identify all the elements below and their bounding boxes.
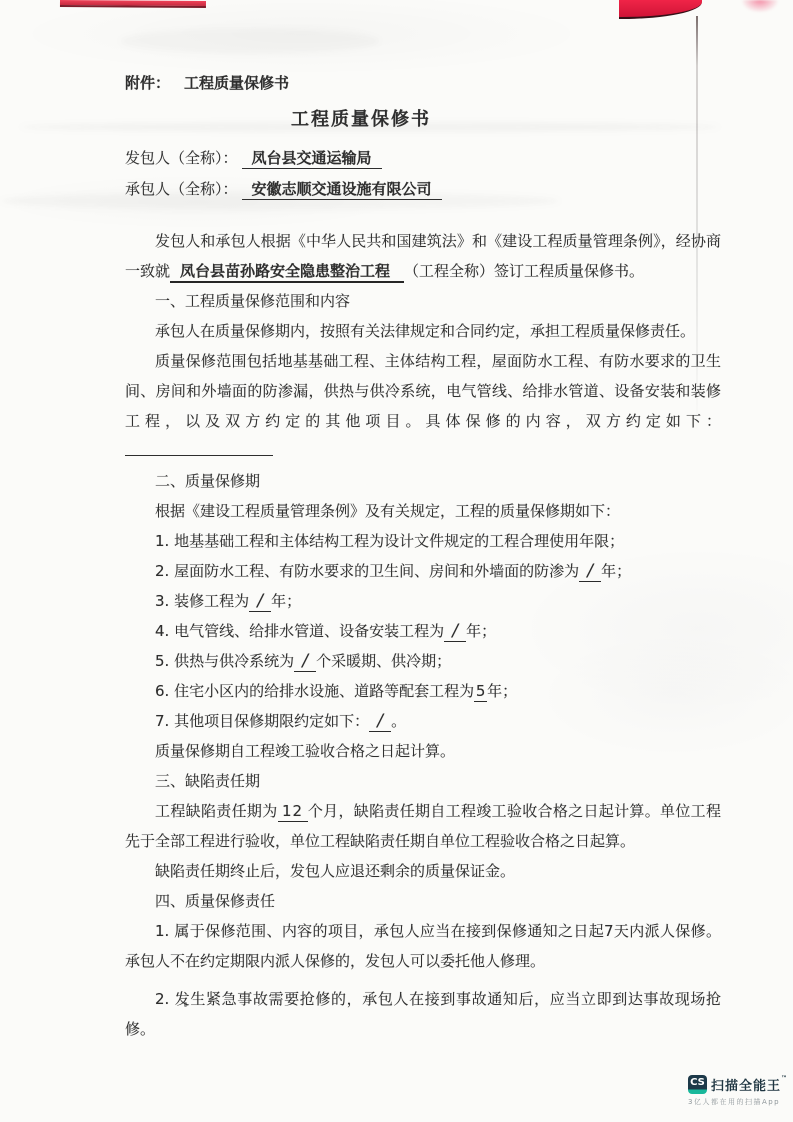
item-5-text: 5. 供热与供冷系统为 (155, 652, 294, 670)
section1-heading: 一、工程质量保修范围和内容 (125, 286, 721, 316)
blank-underline (125, 454, 273, 456)
item-4-suffix: 年； (466, 622, 496, 640)
party-a-value: 凤台县交通运输局 (242, 149, 382, 169)
item-3-suffix: 年； (271, 592, 301, 610)
warranty-item-4: 4. 电气管线、给排水管道、设备安装工程为/年； (125, 616, 721, 646)
party-a-label: 发包人（全称）： (125, 149, 238, 167)
warranty-item-1: 1. 地基基础工程和主体结构工程为设计文件规定的工程合理使用年限； (125, 526, 721, 556)
section1-paragraph-2: 质量保修范围包括地基基础工程、主体结构工程，屋面防水工程、有防水要求的卫生间、房… (125, 346, 721, 466)
item-6-text: 6. 住宅小区内的给排水设施、道路等配套工程为 (155, 682, 474, 700)
red-shape-top-right (619, 0, 702, 19)
warranty-item-5: 5. 供热与供冷系统为/个采暖期、供冷期； (125, 646, 721, 676)
warranty-item-2: 2. 屋面防水工程、有防水要求的卫生间、房间和外墙面的防渗为/年； (125, 556, 721, 586)
section4-paragraph-2: 2. 发生紧急事故需要抢修的，承包人在接到事故通知后，应当立即到达事故现场抢修。 (125, 984, 721, 1044)
intro-paragraph: 发包人和承包人根据《中华人民共和国建筑法》和《建设工程质量管理条例》，经协商一致… (125, 226, 721, 286)
section3-p1-pre: 工程缺陷责任期为 (155, 802, 278, 820)
attachment-label: 附件： (125, 74, 170, 92)
warranty-item-3: 3. 装修工程为/年； (125, 586, 721, 616)
party-b-label: 承包人（全称）： (125, 180, 238, 198)
scan-smudge (120, 28, 380, 54)
document-title: 工程质量保修书 (125, 107, 597, 133)
red-strip-top-left (60, 0, 206, 8)
item-2-suffix: 年； (601, 562, 631, 580)
handwritten-slash: / (369, 711, 391, 732)
item-5-suffix: 个采暖期、供冷期； (316, 652, 451, 670)
party-b-line: 承包人（全称）：安徽志顺交通设施有限公司 (125, 174, 721, 205)
section4-heading: 四、质量保修责任 (125, 886, 721, 916)
camscanner-app-name: 扫描全能王™ (711, 1075, 788, 1094)
handwritten-slash: / (579, 561, 601, 582)
trademark-symbol: ™ (781, 1075, 788, 1082)
item-6-suffix: 年； (487, 682, 517, 700)
item-3-text: 3. 装修工程为 (155, 592, 249, 610)
item-2-text: 2. 屋面防水工程、有防水要求的卫生间、房间和外墙面的防渗为 (155, 562, 579, 580)
camscanner-logo-icon: CS (688, 1075, 707, 1094)
section2-intro: 根据《建设工程质量管理条例》及有关规定，工程的质量保修期如下： (125, 496, 721, 526)
camscanner-lockup: CS 扫描全能王™ (688, 1075, 780, 1094)
camscanner-logo-text: CS (690, 1075, 705, 1090)
parties-block: 发包人（全称）：凤台县交通运输局 承包人（全称）：安徽志顺交通设施有限公司 (125, 143, 721, 205)
section2-heading: 二、质量保修期 (125, 466, 721, 496)
handwritten-slash: / (249, 591, 271, 612)
party-b-value: 安徽志顺交通设施有限公司 (242, 180, 442, 200)
pink-smudge-top-right (742, 0, 778, 12)
intro-text-post: （工程全称）签订工程质量保修书。 (404, 262, 644, 280)
section3-paragraph-1: 工程缺陷责任期为12个月，缺陷责任期自工程竣工验收合格之日起计算。单位工程先于全… (125, 796, 721, 856)
section2-closing: 质量保修期自工程竣工验收合格之日起计算。 (125, 736, 721, 766)
party-a-line: 发包人（全称）：凤台县交通运输局 (125, 143, 721, 174)
project-name: 凤台县苗孙路安全隐患整治工程 (170, 262, 404, 283)
section4-paragraph-1: 1. 属于保修范围、内容的项目，承包人应当在接到保修通知之日起7天内派人保修。承… (125, 916, 721, 976)
camscanner-tagline: 3亿人都在用的扫描App (688, 1097, 780, 1107)
warranty-document: 附件：工程质量保修书 工程质量保修书 发包人（全称）：凤台县交通运输局 承包人（… (125, 68, 721, 1044)
warranty-item-6: 6. 住宅小区内的给排水设施、道路等配套工程为5年； (125, 676, 721, 706)
attachment-title: 工程质量保修书 (184, 74, 289, 92)
handwritten-slash: / (294, 651, 316, 672)
warranty-item-7: 7. 其他项目保修期限约定如下：/。 (125, 706, 721, 736)
attachment-heading: 附件：工程质量保修书 (125, 68, 721, 98)
handwritten-12: 12 (278, 801, 308, 822)
item-4-text: 4. 电气管线、给排水管道、设备安装工程为 (155, 622, 444, 640)
handwritten-slash: / (444, 621, 466, 642)
section1-p2-text: 质量保修范围包括地基基础工程、主体结构工程，屋面防水工程、有防水要求的卫生间、房… (125, 352, 721, 430)
app-name-text: 扫描全能王 (711, 1079, 781, 1094)
item-7-suffix: 。 (391, 712, 406, 730)
filled-value-5: 5 (474, 681, 487, 702)
section1-paragraph-1: 承包人在质量保修期内，按照有关法律规定和合同约定，承担工程质量保修责任。 (125, 316, 721, 346)
section3-heading: 三、缺陷责任期 (125, 766, 721, 796)
camscanner-watermark: CS 扫描全能王™ 3亿人都在用的扫描App (688, 1075, 780, 1107)
item-7-text: 7. 其他项目保修期限约定如下： (155, 712, 369, 730)
scanned-document-page: { "page": { "background": "#fbfbf9", "te… (0, 0, 793, 1122)
section3-paragraph-2: 缺陷责任期终止后，发包人应退还剩余的质量保证金。 (125, 856, 721, 886)
